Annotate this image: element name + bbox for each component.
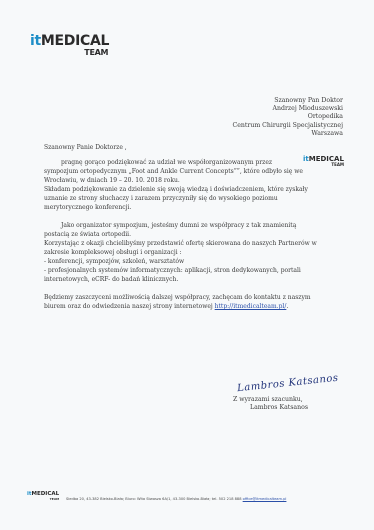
letter-page: itMEDICAL TEAM Szanowny Pan Doktor Andrz…: [0, 0, 374, 530]
text-line: Jako organizator sympozjum, jesteśmy dum…: [44, 221, 317, 230]
recipient-line: Ortopedika: [233, 113, 343, 121]
text-line: - profesjonalnych systemów informatyczny…: [44, 266, 317, 275]
text-segment: biurem oraz do odwiedzenia naszej strony…: [44, 303, 215, 310]
logo-name: MEDICAL: [41, 33, 109, 49]
text-line: Składam podziękowanie za dzielenie się s…: [44, 185, 317, 194]
closing-block: Z wyrazami szacunku, Lambros Katsanos: [233, 396, 308, 412]
closing-phrase: Z wyrazami szacunku,: [233, 396, 308, 404]
text-line: Będziemy zaszczyceni możliwością dalszej…: [44, 293, 317, 302]
text-line: internetowych, eCRF- do badań klinicznyc…: [44, 275, 317, 284]
website-link[interactable]: http://itmedicalteam.pl/: [215, 303, 287, 310]
footer-address: Siedba 20, 43-382 Bielsko-Biała; Biuro: …: [66, 497, 286, 501]
text-line: pragnę gorąco podziękować za udział we w…: [44, 158, 317, 167]
handwritten-signature: Lambros Katsanos: [237, 373, 339, 395]
salutation: Szanowny Panie Doktorze ,: [44, 143, 127, 152]
text-line: postacią ze świata ortopedii.: [44, 230, 317, 239]
text-line: Korzystając z okazji chcielibyśmy przeds…: [44, 239, 317, 248]
signer-name: Lambros Katsanos: [233, 404, 308, 412]
footer-logo: itMEDICAL TEAM: [27, 492, 59, 501]
text-line: merytorycznego konferencji.: [44, 203, 317, 212]
header-logo: itMEDICAL TEAM: [30, 34, 109, 57]
company-address: Siedba 20, 43-382 Bielsko-Biała; Biuro: …: [66, 497, 243, 501]
text-line: Wrocławiu, w dniach 19 – 20. 10. 2018 ro…: [44, 176, 317, 185]
text-line: - konferencji, sympozjów, szkoleń, warsz…: [44, 257, 317, 266]
recipient-line: Warszawa: [233, 130, 343, 138]
text-line: uznanie ze strony słuchaczy i zarazem pr…: [44, 194, 317, 203]
email-link[interactable]: office@itmedicalteam.pl: [243, 497, 287, 501]
recipient-line: Andrzej Mioduszewski: [233, 105, 343, 113]
recipient-address: Szanowny Pan Doktor Andrzej Mioduszewski…: [233, 97, 343, 138]
logo-prefix: it: [30, 33, 41, 49]
paragraph-thanks: pragnę gorąco podziękować za udział we w…: [44, 158, 317, 311]
text-line: biurem oraz do odwiedzenia naszej strony…: [44, 302, 317, 311]
text-line: sympozjum ortopedycznym „Foot and Ankle …: [44, 167, 317, 176]
logo-suffix: TEAM: [27, 498, 59, 501]
text-line: zakresie kompleksowej obsługi i organiza…: [44, 248, 317, 257]
recipient-line: Szanowny Pan Doktor: [233, 97, 343, 105]
text-segment: .: [286, 303, 288, 310]
logo-suffix: TEAM: [30, 49, 109, 57]
recipient-line: Centrum Chirurgii Specjalistycznej: [233, 122, 343, 130]
